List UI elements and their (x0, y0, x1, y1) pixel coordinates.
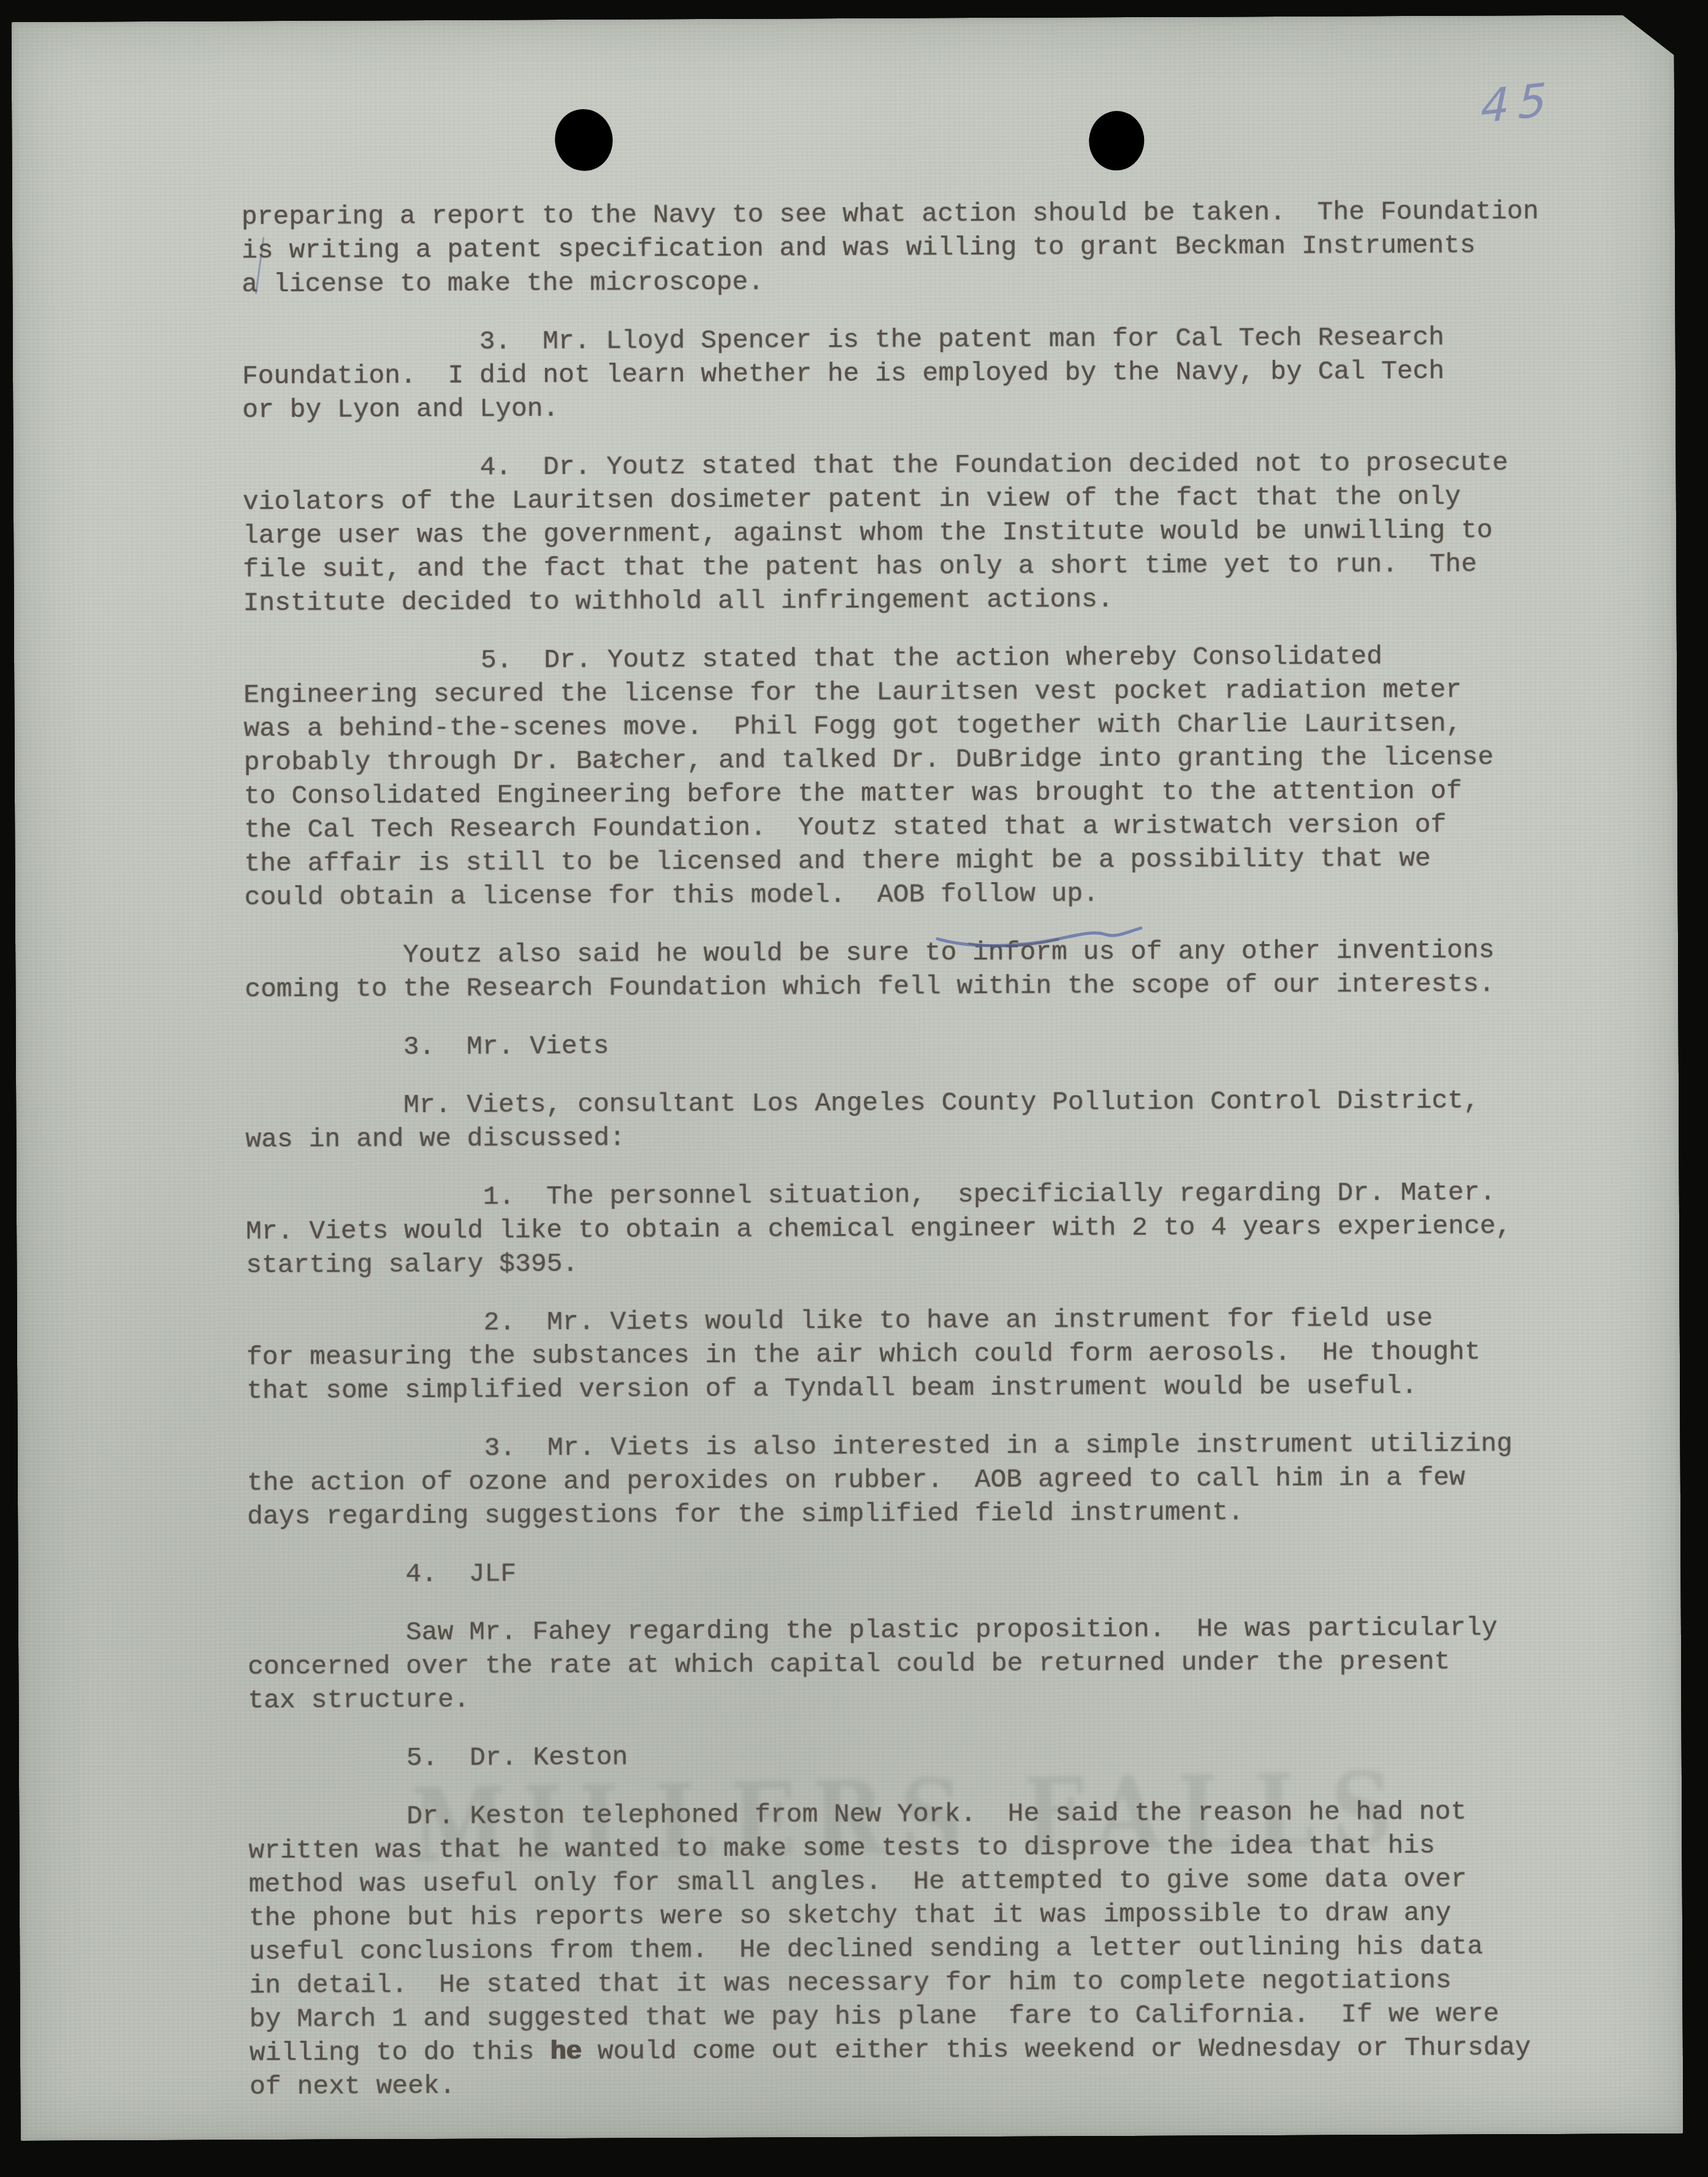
paragraph: preparing a report to the Navy to see wh… (242, 194, 1591, 302)
paragraph: 1. The personnel situation, specificiall… (246, 1175, 1595, 1283)
document-text: preparing a report to the Navy to see wh… (242, 194, 1599, 2104)
punch-hole-right-icon (1086, 109, 1146, 173)
punch-hole-left-icon (551, 105, 617, 175)
paragraph: 3. Mr. Viets is also interested in a sim… (247, 1427, 1596, 1534)
document-page: 45 MILLERS FALLS preparing a report to t… (11, 15, 1683, 2141)
paragraph: 2. Mr. Viets would like to have an instr… (246, 1301, 1596, 1408)
paragraph: 4. JLF (247, 1552, 1596, 1592)
handwritten-page-number: 45 (1481, 72, 1556, 134)
paragraph: 3. Mr. Lloyd Spencer is the patent man f… (242, 320, 1592, 427)
paragraph: Dr. Keston telephoned from New York. He … (248, 1794, 1598, 2104)
paragraph: Saw Mr. Fahey regarding the plastic prop… (248, 1611, 1597, 1718)
paragraph: Youtz also said he would be sure to info… (245, 933, 1593, 1007)
paragraph: 5. Dr. Youtz stated that the action wher… (243, 639, 1593, 915)
paragraph: 4. Dr. Youtz stated that the Foundation … (243, 446, 1592, 620)
paragraph: 5. Dr. Keston (248, 1736, 1597, 1776)
paragraph: 3. Mr. Viets (245, 1025, 1594, 1065)
paragraph: Mr. Viets, consultant Los Angeles County… (245, 1083, 1594, 1157)
